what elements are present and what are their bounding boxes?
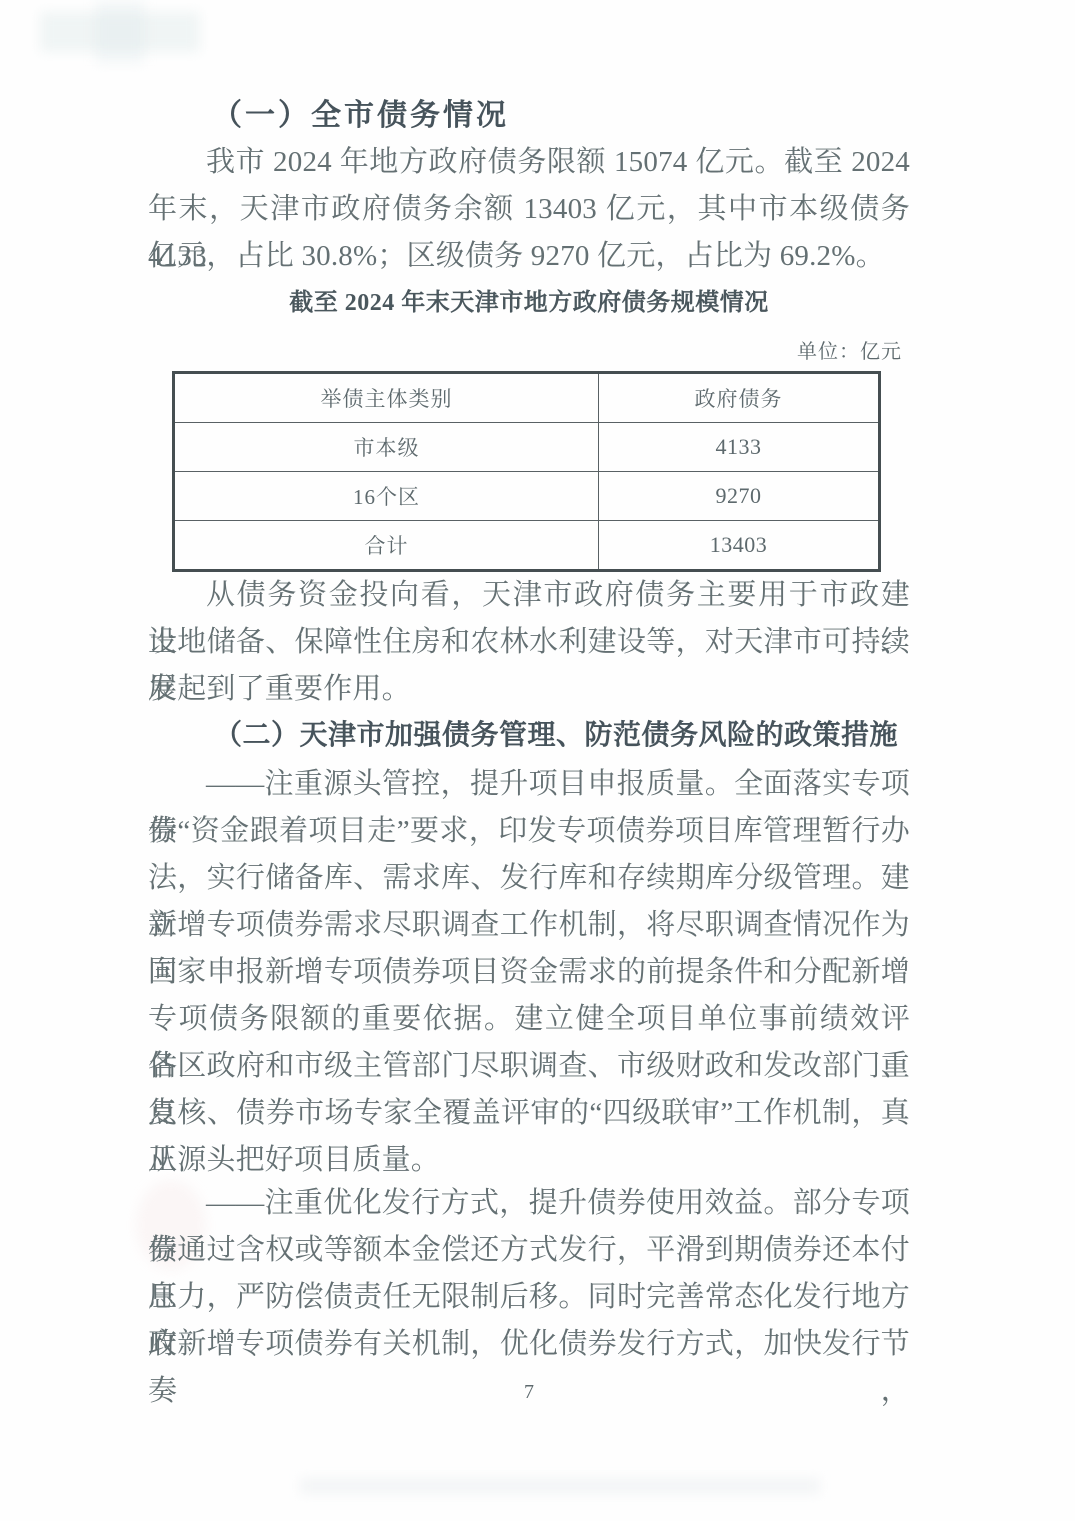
paragraph-line: 法，实行储备库、需求库、发行库和存续期库分级管理。建立 — [148, 855, 910, 902]
document-page: （一）全市债务情况 我市 2024 年地方政府债务限额 15074 亿元。截至 … — [0, 0, 1075, 1521]
paragraph-line: 亿元，占比 30.8%；区级债务 9270 亿元，占比为 69.2%。 — [148, 233, 910, 280]
section-1-heading: （一）全市债务情况 — [148, 92, 910, 139]
paragraph-line: 券“资金跟着项目走”要求，印发专项债券项目库管理暂行办 — [148, 808, 910, 855]
unit-note: 单位：亿元 — [797, 338, 902, 366]
paragraph-line: 新增专项债券需求尽职调查工作机制，将尽职调查情况作为向 — [148, 902, 910, 949]
paragraph-line: 国家申报新增专项债券项目资金需求的前提条件和分配新增 — [148, 949, 910, 996]
paragraph-line: 复核、债券市场专家全覆盖评审的“四级联审”工作机制，真正 — [148, 1090, 910, 1137]
paragraph-line: 专项债务限额的重要依据。建立健全项目单位事前绩效评估、 — [148, 996, 910, 1043]
table-cell-category: 市本级 — [174, 423, 599, 472]
section-2-paragraph-1: ——注重源头管控，提升项目申报质量。全面落实专项债 券“资金跟着项目走”要求，印… — [148, 761, 910, 1184]
paragraph-line: ——注重源头管控，提升项目申报质量。全面落实专项债 — [148, 761, 910, 808]
table-cell-category: 16个区 — [174, 472, 599, 521]
scan-artifact — [40, 12, 200, 52]
section-1-paragraph-1: 我市 2024 年地方政府债务限额 15074 亿元。截至 2024 年末，天津… — [148, 139, 910, 280]
table-row: 市本级 4133 — [174, 423, 880, 472]
paragraph-line: 各区政府和市级主管部门尽职调查、市级财政和发改部门重点 — [148, 1043, 910, 1090]
table-cell-value: 13403 — [599, 521, 880, 571]
paragraph-line: ——注重优化发行方式，提升债券使用效益。部分专项债 — [148, 1180, 910, 1227]
paragraph-line: 压力，严防偿债责任无限制后移。同时完善常态化发行地方政 — [148, 1274, 910, 1321]
table-header-debt: 政府债务 — [599, 373, 880, 423]
table-row: 合计 13403 — [174, 521, 880, 571]
paragraph-line: 从源头把好项目质量。 — [148, 1137, 910, 1184]
table-cell-value: 9270 — [599, 472, 880, 521]
debt-scale-table: 举债主体类别 政府债务 市本级 4133 16个区 9270 合计 13403 — [172, 371, 881, 572]
table-cell-category: 合计 — [174, 521, 599, 571]
table-title: 截至 2024 年末天津市地方政府债务规模情况 — [148, 286, 910, 320]
paragraph-line: 券通过含权或等额本金偿还方式发行，平滑到期债券还本付息 — [148, 1227, 910, 1274]
paragraph-line: 我市 2024 年地方政府债务限额 15074 亿元。截至 2024 — [148, 139, 910, 186]
paragraph-line: 展起到了重要作用。 — [148, 666, 910, 713]
paragraph-line: 府新增专项债券有关机制，优化债券发行方式，加快发行节奏， — [148, 1321, 910, 1368]
section-2-paragraph-2: ——注重优化发行方式，提升债券使用效益。部分专项债 券通过含权或等额本金偿还方式… — [148, 1180, 910, 1368]
paragraph-line: 年末，天津市政府债务余额 13403 亿元，其中市本级债务 4133 — [148, 186, 910, 233]
table-row: 16个区 9270 — [174, 472, 880, 521]
table-header-row: 举债主体类别 政府债务 — [174, 373, 880, 423]
scan-artifact — [300, 1478, 820, 1494]
scan-artifact — [96, 0, 144, 64]
section-1-paragraph-2: 从债务资金投向看，天津市政府债务主要用于市政建设、 土地储备、保障性住房和农林水… — [148, 572, 910, 713]
paragraph-line: 从债务资金投向看，天津市政府债务主要用于市政建设、 — [148, 572, 910, 619]
page-number: 7 — [148, 1377, 910, 1407]
table-header-category: 举债主体类别 — [174, 373, 599, 423]
section-2-heading: （二）天津市加强债务管理、防范债务风险的政策措施 — [148, 712, 938, 759]
table-cell-value: 4133 — [599, 423, 880, 472]
paragraph-line: 土地储备、保障性住房和农林水利建设等，对天津市可持续发 — [148, 619, 910, 666]
